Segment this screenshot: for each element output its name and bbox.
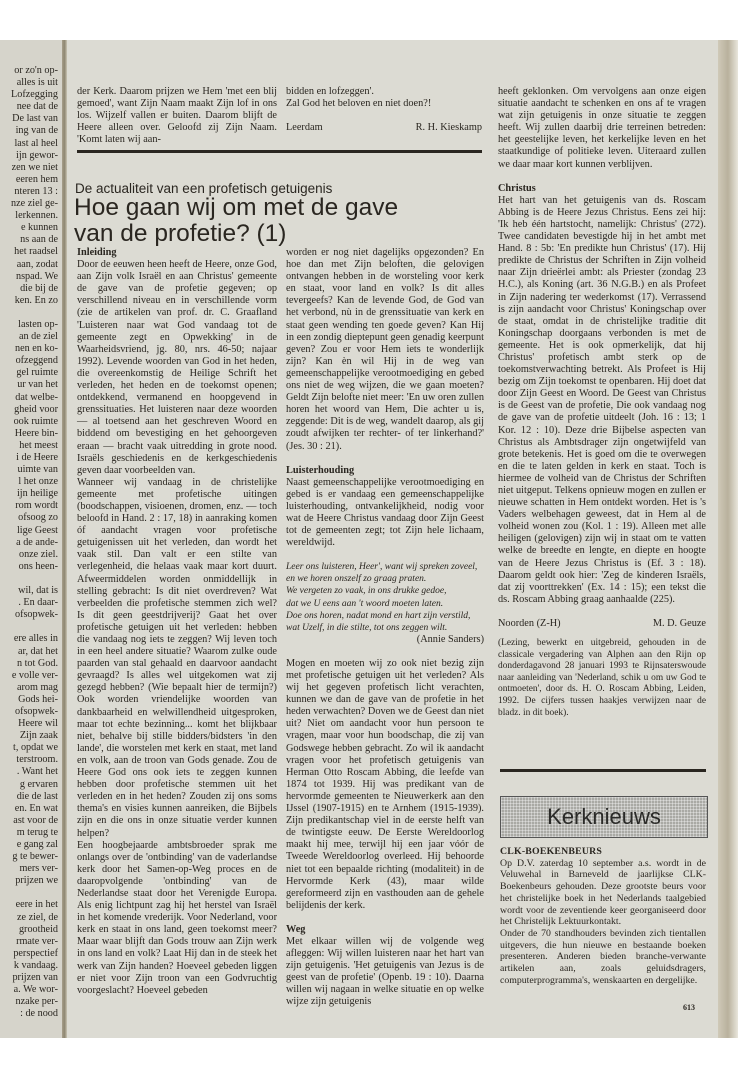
strip-line: lige Geest bbox=[0, 525, 58, 537]
article-col2: worden er nog niet dagelijks opgezonden?… bbox=[286, 247, 484, 1009]
poem-author: (Annie Sanders) bbox=[286, 634, 484, 646]
signature-author: R. H. Kieskamp bbox=[416, 122, 482, 134]
strip-line: n tot God. bbox=[0, 658, 58, 670]
paragraph: Onder de 70 standhouders bevinden zich t… bbox=[500, 928, 706, 987]
article-note: (Lezing, bewerkt en uitgebreid, gehouden… bbox=[498, 638, 706, 719]
strip-line: zen we niet bbox=[0, 162, 58, 174]
paragraph: Een hoogbejaarde ambtsbroeder sprak me o… bbox=[77, 840, 277, 997]
signature-place: Noorden (Z-H) bbox=[498, 618, 561, 630]
poem-line: We vergeten zo vaak, in ons drukke gedoe… bbox=[286, 585, 484, 597]
strip-line: ijn heilige bbox=[0, 488, 58, 500]
strip-line: ing van de bbox=[0, 125, 58, 137]
strip-line: nen en ko- bbox=[0, 343, 58, 355]
strip-line: Zijn zaak bbox=[0, 730, 58, 742]
strip-line: lerkennen. bbox=[0, 210, 58, 222]
strip-line: : de nood bbox=[0, 1008, 58, 1020]
strip-line: ken. En zo bbox=[0, 295, 58, 307]
signature-author: M. D. Geuze bbox=[653, 618, 706, 630]
paragraph: Mogen en moeten wij zo ook niet bezig zi… bbox=[286, 658, 484, 912]
previous-article-text: der Kerk. Daarom prijzen we Hem 'met een… bbox=[77, 86, 277, 146]
poem: Leer ons luisteren, Heer', want wij spre… bbox=[286, 561, 484, 634]
strip-line: g te bewer- bbox=[0, 851, 58, 863]
kerknieuws-item: CLK-BOEKENBEURS Op D.V. zaterdag 10 sept… bbox=[500, 846, 706, 986]
paragraph: Naast gemeenschappelijke verootmoediging… bbox=[286, 477, 484, 550]
strip-line: nzake per- bbox=[0, 996, 58, 1008]
kerknieuws-banner: Kerknieuws bbox=[500, 796, 708, 838]
left-page-strip-text: or zo'n op-alles is uitLofzeggingnee dat… bbox=[0, 65, 58, 1020]
strip-line: nze ziel ge- bbox=[0, 198, 58, 210]
article-signature: Noorden (Z-H) M. D. Geuze bbox=[498, 618, 706, 630]
strip-line: uimte van bbox=[0, 464, 58, 476]
strip-line: ze ziel, de bbox=[0, 912, 58, 924]
paragraph: Door de eeuwen heen heeft de Heere, onze… bbox=[77, 259, 277, 477]
strip-line bbox=[0, 887, 58, 899]
previous-article-col2: bidden en lofzeggen'. Zal God het belove… bbox=[286, 86, 482, 134]
heading-weg: Weg bbox=[286, 924, 484, 936]
strip-line: eere in het bbox=[0, 899, 58, 911]
paragraph: Op D.V. zaterdag 10 september a.s. wordt… bbox=[500, 858, 706, 928]
paragraph: Met elkaar willen wij de volgende weg af… bbox=[286, 936, 484, 1009]
strip-line: ur van het bbox=[0, 379, 58, 391]
strip-line: e volle ver- bbox=[0, 670, 58, 682]
previous-article-signature: Leerdam R. H. Kieskamp bbox=[286, 122, 482, 134]
strip-line: e kunnen bbox=[0, 222, 58, 234]
strip-line: k vandaag. bbox=[0, 960, 58, 972]
strip-line: a. We wor- bbox=[0, 984, 58, 996]
strip-line: ast voor de bbox=[0, 815, 58, 827]
strip-line: Heere wil bbox=[0, 718, 58, 730]
strip-line: prijzen van bbox=[0, 972, 58, 984]
strip-line: or zo'n op- bbox=[0, 65, 58, 77]
strip-line: nspad. We bbox=[0, 271, 58, 283]
signature-place: Leerdam bbox=[286, 122, 323, 134]
strip-line: ar, dat het bbox=[0, 646, 58, 658]
section-divider bbox=[500, 769, 706, 772]
strip-line: onze ziel. bbox=[0, 549, 58, 561]
strip-line: grootheid bbox=[0, 924, 58, 936]
page-edge bbox=[718, 40, 738, 1038]
strip-line: die bij de bbox=[0, 283, 58, 295]
strip-line: aan, zodat bbox=[0, 259, 58, 271]
strip-line: Gods hei- bbox=[0, 694, 58, 706]
strip-line: mers ver- bbox=[0, 863, 58, 875]
heading-luisterhouding: Luisterhouding bbox=[286, 465, 484, 477]
paragraph: Wanneer wij vandaag in de christelijke g… bbox=[77, 477, 277, 840]
heading-inleiding: Inleiding bbox=[77, 247, 277, 259]
article-col1: Inleiding Door de eeuwen heen heeft de H… bbox=[77, 247, 277, 997]
paragraph: worden er nog niet dagelijks opgezonden?… bbox=[286, 247, 484, 453]
strip-line: gheid voor bbox=[0, 404, 58, 416]
strip-line: rom wordt bbox=[0, 500, 58, 512]
strip-line: . Want het bbox=[0, 766, 58, 778]
strip-line: arom mag bbox=[0, 682, 58, 694]
strip-line: t, opdat we bbox=[0, 742, 58, 754]
strip-line: Lofzegging bbox=[0, 89, 58, 101]
strip-line: die de last bbox=[0, 791, 58, 803]
strip-line: ofsoog zo bbox=[0, 512, 58, 524]
strip-line: Heere bin- bbox=[0, 428, 58, 440]
strip-line: nee dat de bbox=[0, 101, 58, 113]
previous-article-col1: der Kerk. Daarom prijzen we Hem 'met een… bbox=[77, 86, 277, 146]
strip-line: ns aan de bbox=[0, 234, 58, 246]
strip-line: het raadsel bbox=[0, 246, 58, 258]
poem-line: Leer ons luisteren, Heer', want wij spre… bbox=[286, 561, 484, 573]
poem-line: Doe ons horen, nadat mond en hart zijn v… bbox=[286, 610, 484, 622]
paragraph: Het hart van het getuigenis van ds. Rosc… bbox=[498, 195, 706, 606]
strip-line: ere alles in bbox=[0, 633, 58, 645]
strip-line: ofzeggend bbox=[0, 355, 58, 367]
poem-line: wat Uzelf, in die stilte, tot ons zeggen… bbox=[286, 622, 484, 634]
strip-line: last al heel bbox=[0, 138, 58, 150]
strip-line bbox=[0, 573, 58, 585]
strip-line: g ervaren bbox=[0, 779, 58, 791]
strip-line: nteren 13 : bbox=[0, 186, 58, 198]
strip-line: lasten op- bbox=[0, 319, 58, 331]
strip-line: terstroom. bbox=[0, 754, 58, 766]
strip-line: dat welbe- bbox=[0, 392, 58, 404]
strip-line bbox=[0, 307, 58, 319]
strip-line: ofsopwek- bbox=[0, 609, 58, 621]
strip-line: perspectief bbox=[0, 948, 58, 960]
strip-line bbox=[0, 621, 58, 633]
heading-christus: Christus bbox=[498, 183, 706, 195]
strip-line: e gang zal bbox=[0, 839, 58, 851]
strip-line: het meest bbox=[0, 440, 58, 452]
poem-line: en we horen onszelf zo graag praten. bbox=[286, 573, 484, 585]
paragraph: heeft geklonken. Om vervolgens aan onze … bbox=[498, 86, 706, 171]
page-gutter bbox=[62, 40, 67, 1038]
page-number: 613 bbox=[683, 1003, 695, 1012]
strip-line: a de ande- bbox=[0, 537, 58, 549]
article-col3: heeft geklonken. Om vervolgens aan onze … bbox=[498, 86, 706, 719]
previous-article-closing: bidden en lofzeggen'. Zal God het belove… bbox=[286, 86, 482, 110]
strip-line: alles is uit bbox=[0, 77, 58, 89]
strip-line: i de Heere bbox=[0, 452, 58, 464]
strip-line: rmate ver- bbox=[0, 936, 58, 948]
section-divider bbox=[77, 150, 482, 153]
strip-line: wil, dat is bbox=[0, 585, 58, 597]
strip-line: ook ruimte bbox=[0, 416, 58, 428]
strip-line: an de ziel bbox=[0, 331, 58, 343]
strip-line: ijn gewor- bbox=[0, 150, 58, 162]
strip-line: eeren hem bbox=[0, 174, 58, 186]
strip-line: l het onze bbox=[0, 476, 58, 488]
strip-line: m terug te bbox=[0, 827, 58, 839]
news-item-title: CLK-BOEKENBEURS bbox=[500, 846, 706, 858]
article-headline: Hoe gaan wij om met de gave van de profe… bbox=[74, 195, 404, 247]
strip-line: en. En wat bbox=[0, 803, 58, 815]
strip-line: prijzen we bbox=[0, 875, 58, 887]
strip-line: . En daar- bbox=[0, 597, 58, 609]
strip-line: De last van bbox=[0, 113, 58, 125]
kerknieuws-title: Kerknieuws bbox=[547, 804, 661, 830]
poem-line: dat we U eens aan 't woord moeten laten. bbox=[286, 598, 484, 610]
strip-line: gel ruimte bbox=[0, 367, 58, 379]
strip-line: ons heen- bbox=[0, 561, 58, 573]
left-page-strip: or zo'n op-alles is uitLofzeggingnee dat… bbox=[0, 40, 62, 1038]
strip-line: ofsopwek- bbox=[0, 706, 58, 718]
